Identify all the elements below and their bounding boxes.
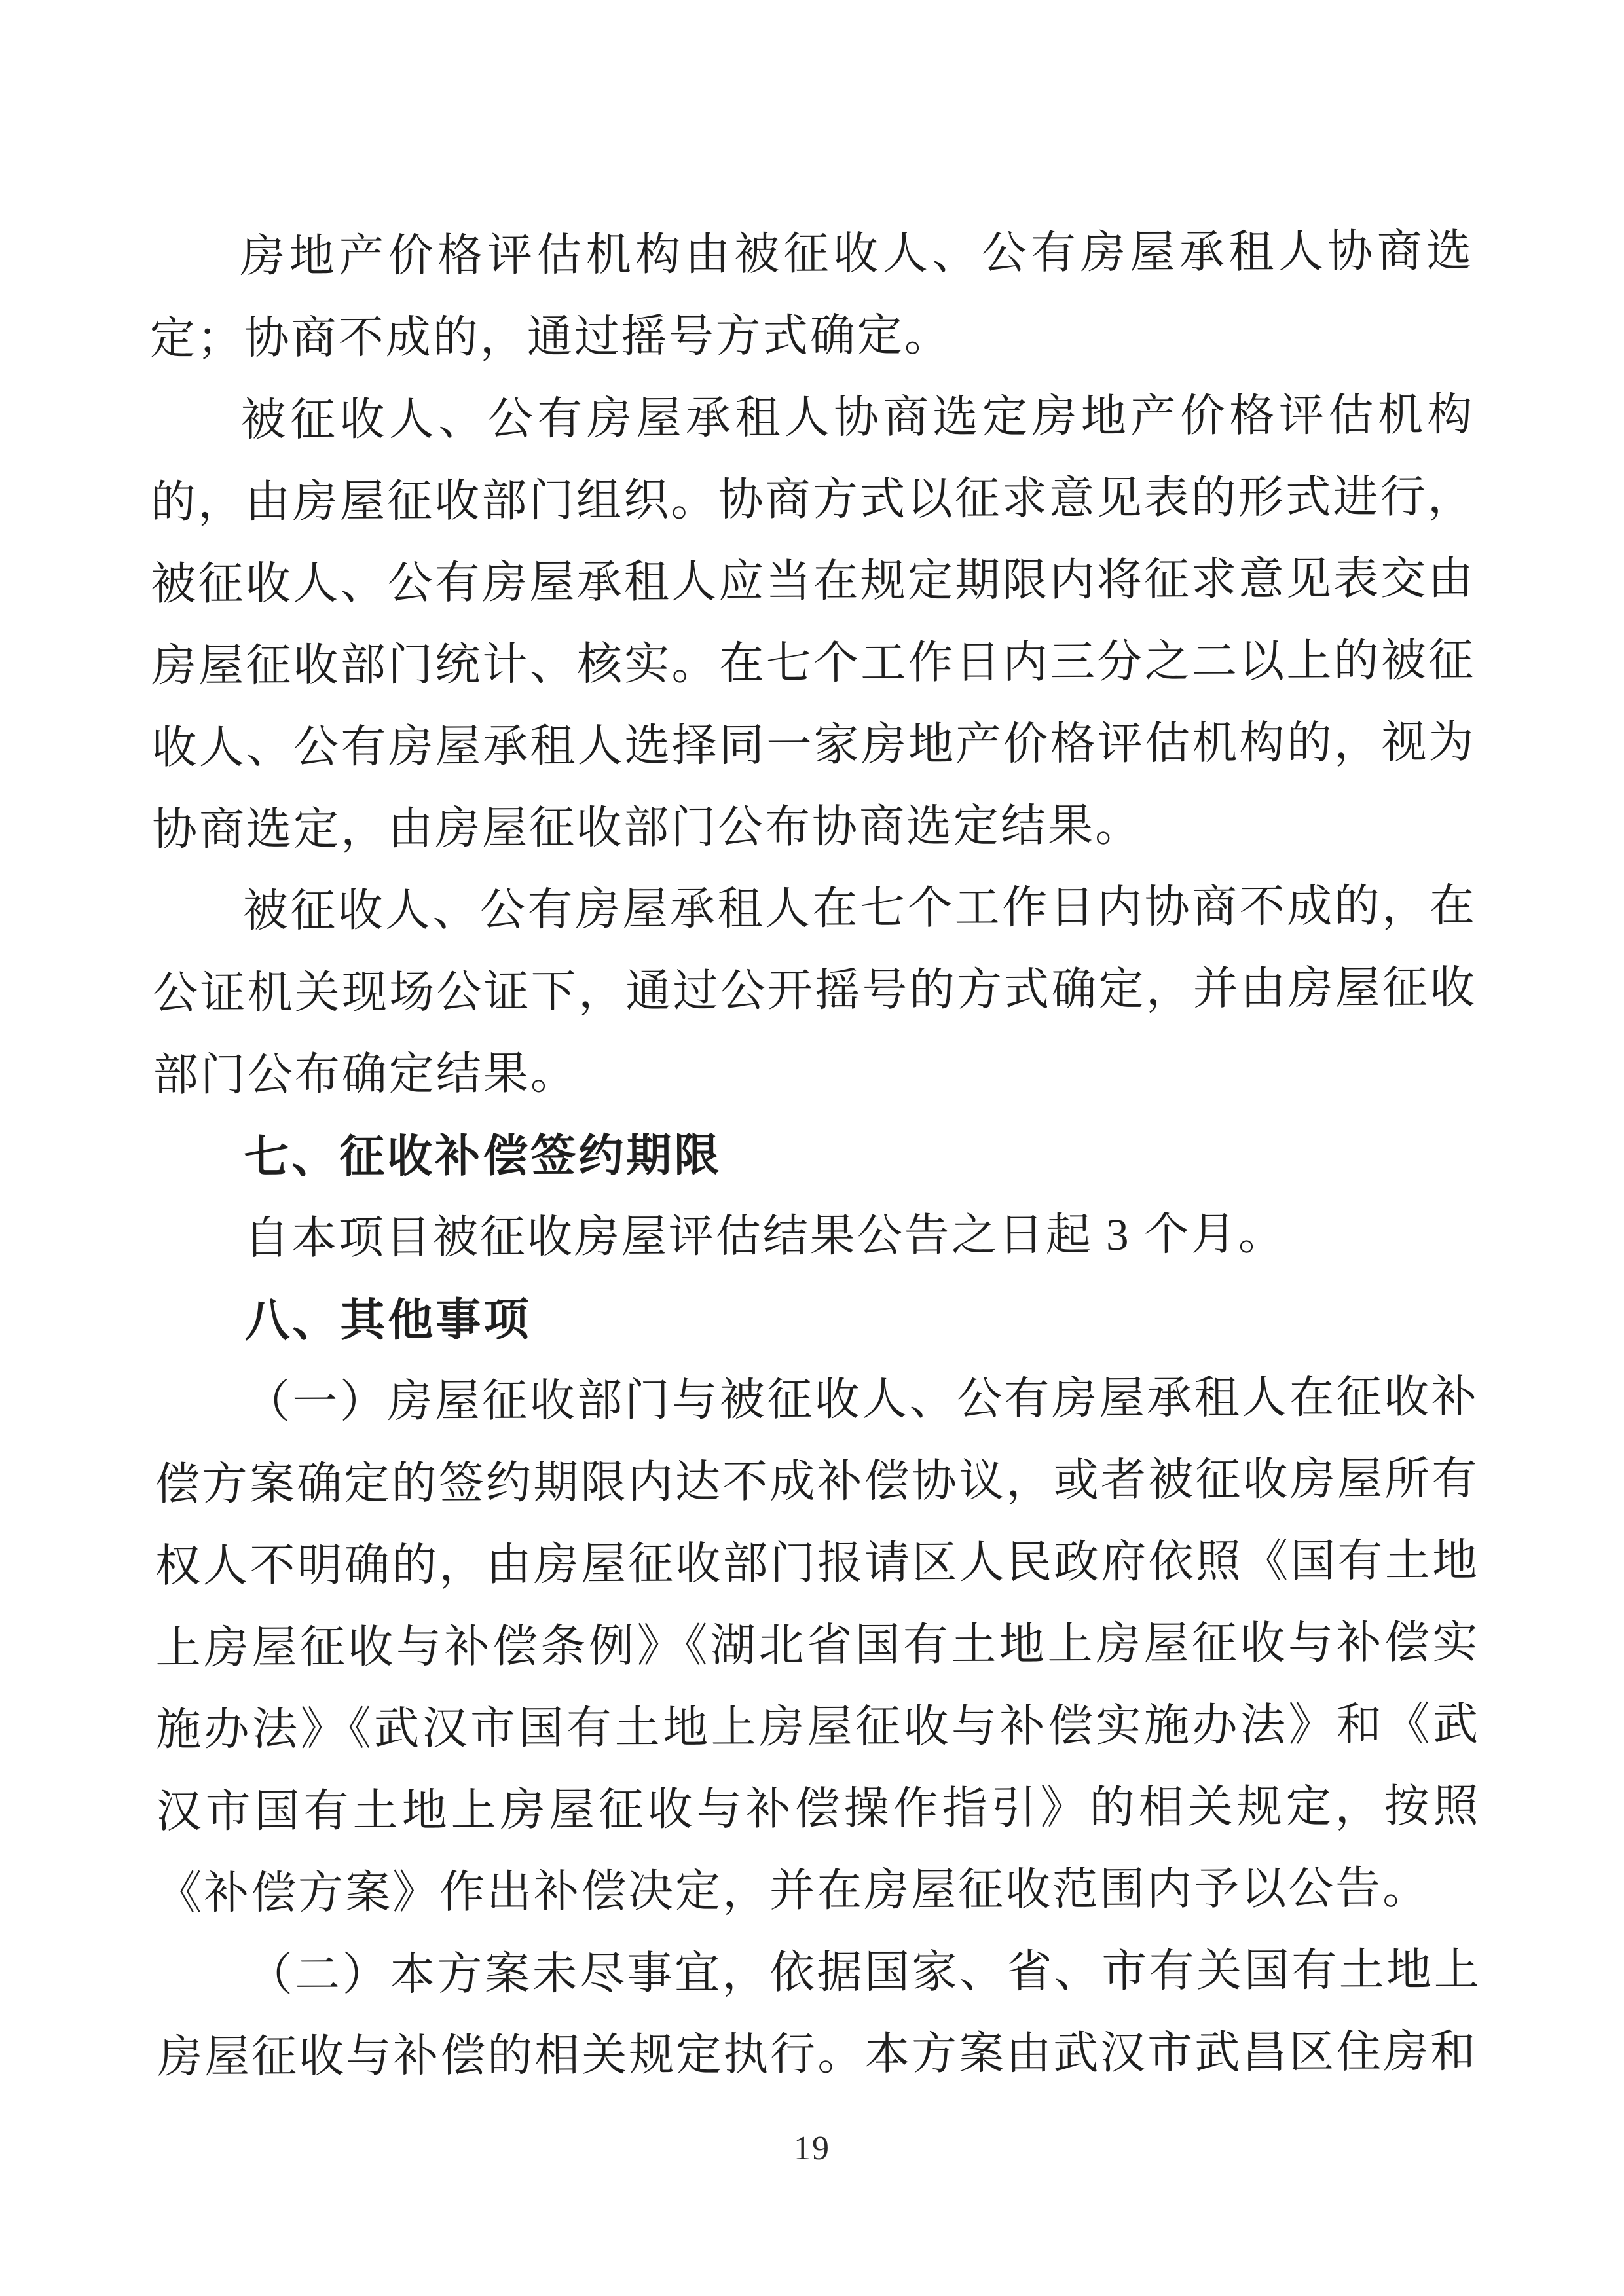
paragraph-lottery-determination: 被征收人、公有房屋承租人在七个工作日内协商不成的，在公证机关现场公证下，通过公开… [152, 866, 1477, 1117]
page-number: 19 [0, 2129, 1624, 2168]
section-heading-seven-signing-period: 七、征收补偿签约期限 [153, 1111, 1478, 1199]
paragraph-signing-period-duration: 自本项目被征收房屋评估结果公告之日起 3 个月。 [154, 1193, 1479, 1281]
document-page: 房地产价格评估机构由被征收人、公有房屋承租人协商选定；协商不成的，通过摇号方式确… [0, 0, 1624, 2296]
paragraph-other-matters-item-two: （二）本方案未尽事宜，依据国家、省、市有关国有土地上房屋征收与补偿的相关规定执行… [157, 1929, 1481, 2099]
paragraph-appraisal-agency-selection: 房地产价格评估机构由被征收人、公有房屋承租人协商选定；协商不成的，通过摇号方式确… [149, 211, 1474, 380]
paragraph-negotiated-selection-procedure: 被征收人、公有房屋承租人协商选定房地产价格评估机构的，由房屋征收部门组织。协商方… [150, 374, 1476, 871]
document-text-block: 房地产价格评估机构由被征收人、公有房屋承租人协商选定；协商不成的，通过摇号方式确… [149, 211, 1482, 2099]
paragraph-other-matters-item-one: （一）房屋征收部门与被征收人、公有房屋承租人在征收补偿方案确定的签约期限内达不成… [155, 1357, 1481, 1935]
section-heading-eight-other-matters: 八、其他事项 [154, 1275, 1479, 1362]
